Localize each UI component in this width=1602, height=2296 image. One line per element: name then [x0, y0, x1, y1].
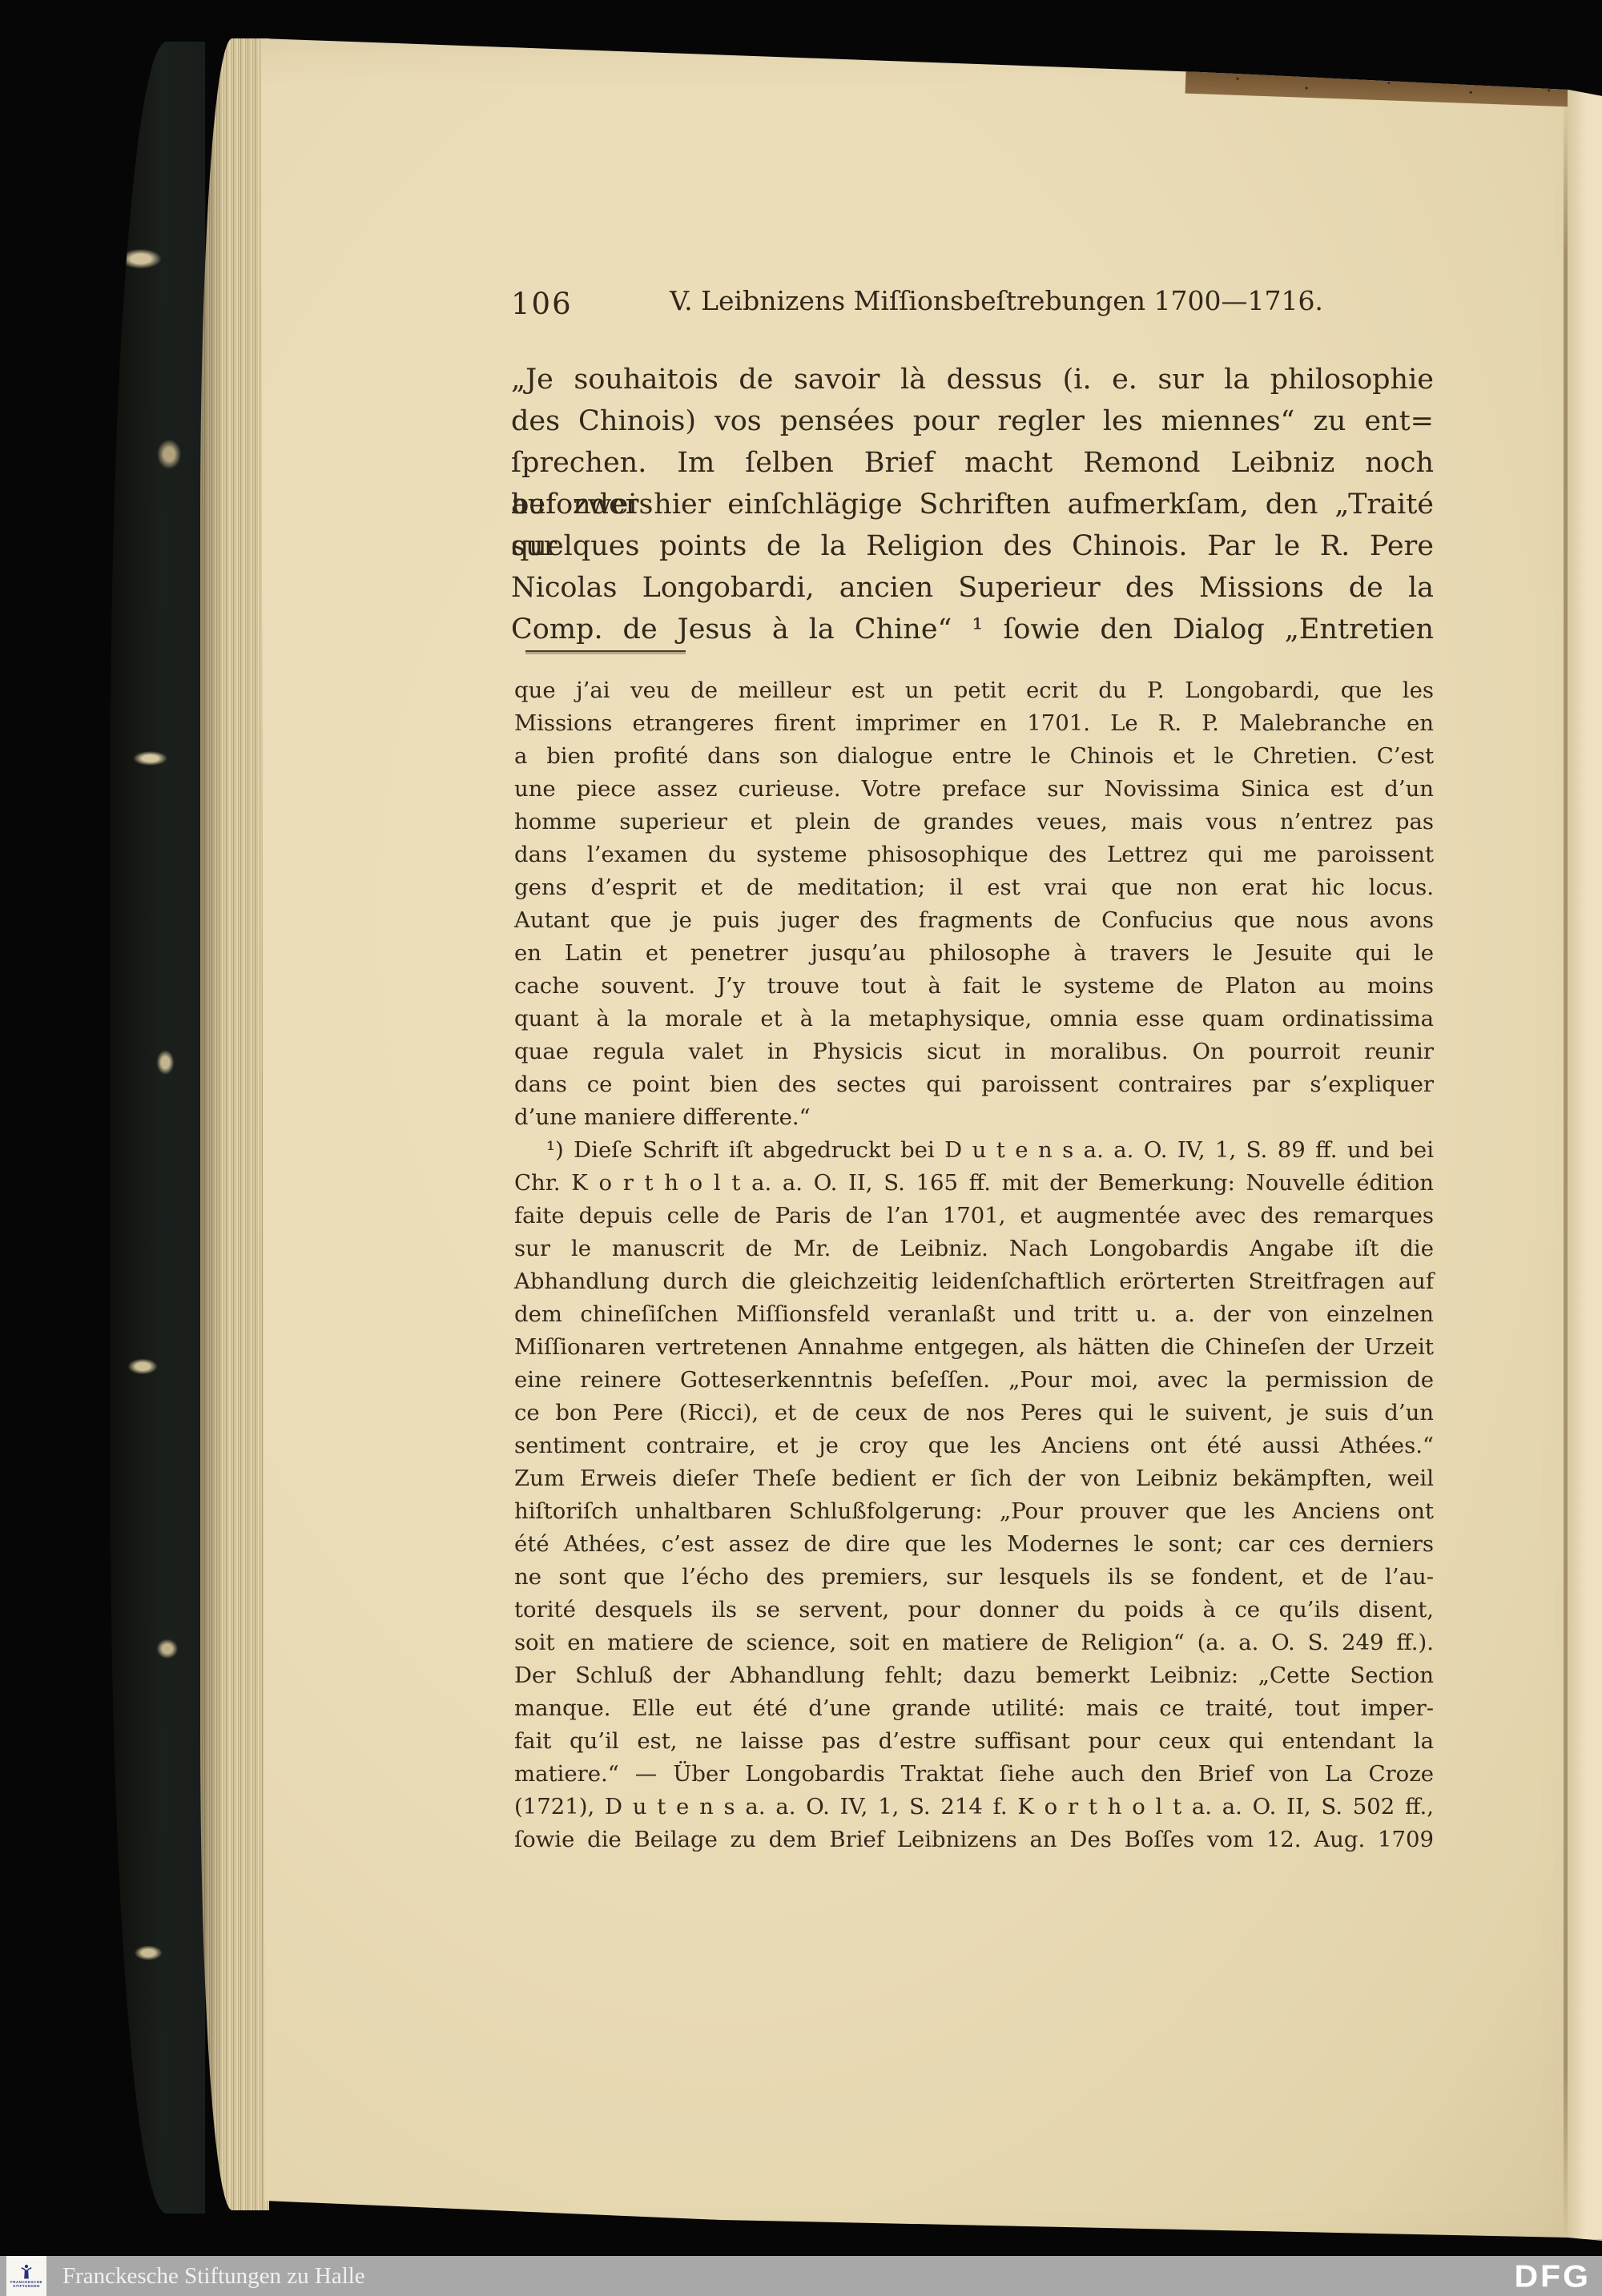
- text-line: Miſſionaren vertretenen Annahme entgegen…: [514, 1331, 1434, 1364]
- text-line: en Latin et penetrer jusqu’au philosophe…: [514, 937, 1434, 970]
- text-line: dans l’examen du systeme phisosophique d…: [514, 838, 1434, 871]
- text-line: eine reinere Gotteserkenntnis beſeſſen. …: [514, 1364, 1434, 1397]
- institution-watermark: Franckesche Stiftungen zu Halle: [62, 2256, 365, 2296]
- footnote-quote-continuation: que j’ai veu de meilleur est un petit ec…: [514, 674, 1434, 1134]
- text-line: quelques points de la Religion des Chino…: [511, 525, 1434, 567]
- text-line: ce bon Pere (Ricci), et de ceux de nos P…: [514, 1397, 1434, 1429]
- text-line: été Athées, c’est assez de dire que les …: [514, 1528, 1434, 1561]
- text-line: a bien profité dans son dialogue entre l…: [514, 740, 1434, 773]
- dfg-logo: DFG: [1514, 2257, 1591, 2295]
- book-scan-viewport: 106 V. Leibnizens Miſſionsbeſtrebungen 1…: [0, 0, 1602, 2296]
- text-line: une piece assez curieuse. Votre preface …: [514, 773, 1434, 806]
- text-line: Der Schluß der Abhandlung fehlt; dazu be…: [514, 1659, 1434, 1692]
- text-line: dem chineſiſchen Miſſionsfeld veranlaßt …: [514, 1298, 1434, 1331]
- text-line: torité desquels ils se servent, pour don…: [514, 1594, 1434, 1627]
- logo-caption-line2: STIFTUNGEN: [10, 2284, 42, 2289]
- text-line: quant à la morale et à la metaphysique, …: [514, 1003, 1434, 1035]
- text-line: Chr. K o r t h o l t a. a. O. II, S. 165…: [514, 1167, 1434, 1200]
- text-line: sentiment contraire, et je croy que les …: [514, 1429, 1434, 1462]
- running-header: V. Leibnizens Miſſionsbeſtrebungen 1700—…: [559, 285, 1434, 316]
- text-line: (1721), D u t e n s a. a. O. IV, 1, S. 2…: [514, 1791, 1434, 1824]
- text-line: ſowie die Beilage zu dem Brief Leibnizen…: [514, 1824, 1434, 1856]
- text-line: quae regula valet in Physicis sicut in m…: [514, 1035, 1434, 1068]
- watermark-bar: FRANCKESCHE STIFTUNGEN Franckesche Stift…: [0, 2256, 1602, 2296]
- text-line: des Chinois) vos pensées pour regler les…: [511, 400, 1434, 442]
- text-line: Nicolas Longobardi, ancien Superieur des…: [511, 567, 1434, 609]
- text-line: soit en matiere de science, soit en mati…: [514, 1627, 1434, 1659]
- text-line: sur le manuscrit de Mr. de Leibniz. Nach…: [514, 1232, 1434, 1265]
- text-line: Autant que je puis juger des fragments d…: [514, 904, 1434, 937]
- text-line: faite depuis celle de Paris de l’an 1701…: [514, 1200, 1434, 1232]
- text-line: fait qu’il est, ne laisse pas d’estre su…: [514, 1725, 1434, 1758]
- footnote-1: ¹) Dieſe Schrift iſt abgedruckt bei D u …: [514, 1134, 1434, 1856]
- text-line: homme superieur et plein de grandes veue…: [514, 806, 1434, 838]
- text-line: matiere.“ — Über Longobardis Traktat ſie…: [514, 1758, 1434, 1791]
- text-line: cache souvent. J’y trouve tout à fait le…: [514, 970, 1434, 1003]
- footnote-separator-rule: [525, 650, 686, 654]
- text-line: Zum Erweis dieſer Theſe bedient er ſich …: [514, 1462, 1434, 1495]
- running-head-row: 106 V. Leibnizens Miſſionsbeſtrebungen 1…: [511, 285, 1434, 322]
- text-line: „Je souhaitois de savoir là dessus (i. e…: [511, 359, 1434, 400]
- francke-figure-icon: [18, 2264, 34, 2280]
- text-line: Comp. de Jesus à la Chine“ ¹ ſowie den D…: [511, 609, 1434, 650]
- main-paragraph: „Je souhaitois de savoir là dessus (i. e…: [511, 359, 1434, 650]
- text-line: hiſtoriſch unhaltbaren Schlußfolgerung: …: [514, 1495, 1434, 1528]
- logo-caption: FRANCKESCHE STIFTUNGEN: [10, 2280, 42, 2289]
- text-line: ſprechen. Im ſelben Brief macht Remond L…: [511, 442, 1434, 484]
- text-line: dans ce point bien des sectes qui parois…: [514, 1068, 1434, 1101]
- text-line: ne sont que l’écho des premiers, sur les…: [514, 1561, 1434, 1594]
- printed-page-content: 106 V. Leibnizens Miſſionsbeſtrebungen 1…: [0, 0, 1602, 2296]
- text-line: ¹) Dieſe Schrift iſt abgedruckt bei D u …: [514, 1134, 1434, 1167]
- franckesche-stiftungen-logo: FRANCKESCHE STIFTUNGEN: [6, 2256, 46, 2296]
- text-line: que j’ai veu de meilleur est un petit ec…: [514, 674, 1434, 707]
- text-line: gens d’esprit et de meditation; il est v…: [514, 871, 1434, 904]
- text-line: Missions etrangeres firent imprimer en 1…: [514, 707, 1434, 740]
- text-line: auf zwei hier einſchlägige Schriften auf…: [511, 484, 1434, 525]
- text-line: Abhandlung durch die gleichzeitig leiden…: [514, 1265, 1434, 1298]
- text-line: d’une maniere differente.“: [514, 1101, 1434, 1134]
- text-line: manque. Elle eut été d’une grande utilit…: [514, 1692, 1434, 1725]
